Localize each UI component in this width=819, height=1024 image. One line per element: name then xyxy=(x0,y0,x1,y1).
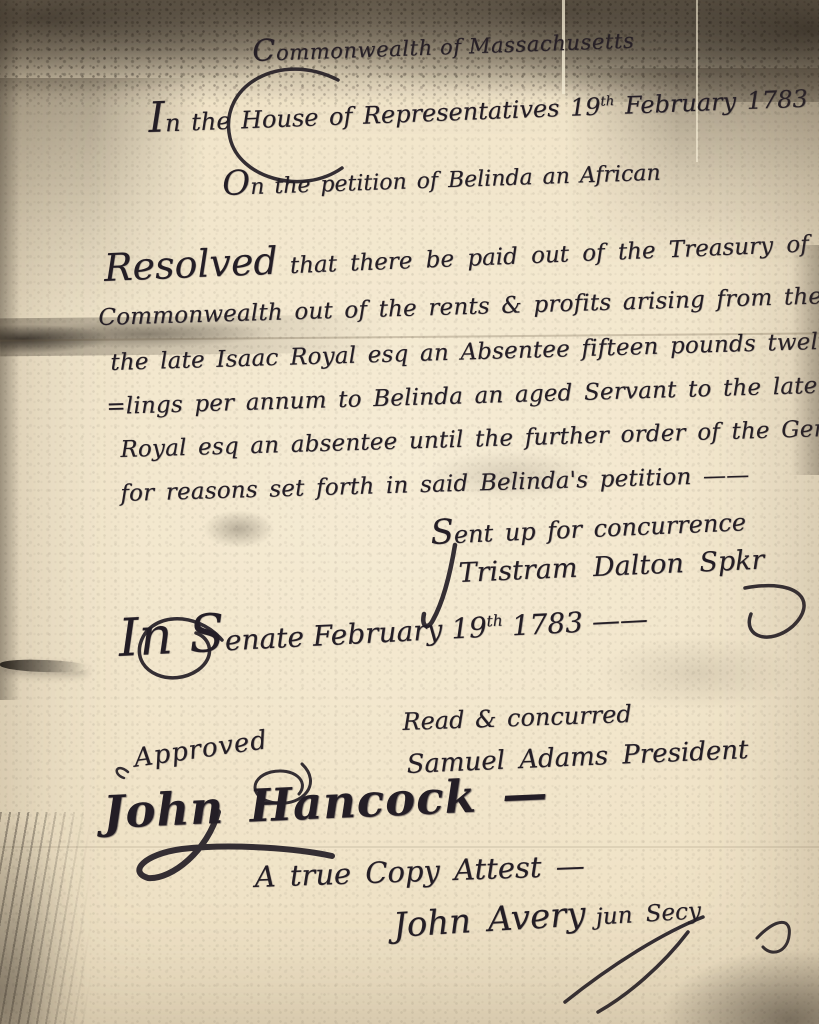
superscript-th: th xyxy=(486,612,503,631)
manuscript-page: Commonwealth of Massachusetts In the Hou… xyxy=(0,0,819,1024)
capital-c: C xyxy=(252,33,277,69)
resolved-word: Resolved xyxy=(103,239,279,290)
capital-s: S xyxy=(430,512,455,553)
capital-o: O xyxy=(222,163,251,204)
superscript-th: th xyxy=(600,94,614,110)
capital-in-s: In S xyxy=(117,603,226,668)
capital-i: I xyxy=(147,92,165,142)
secretary-title: jun Secy xyxy=(595,898,702,930)
